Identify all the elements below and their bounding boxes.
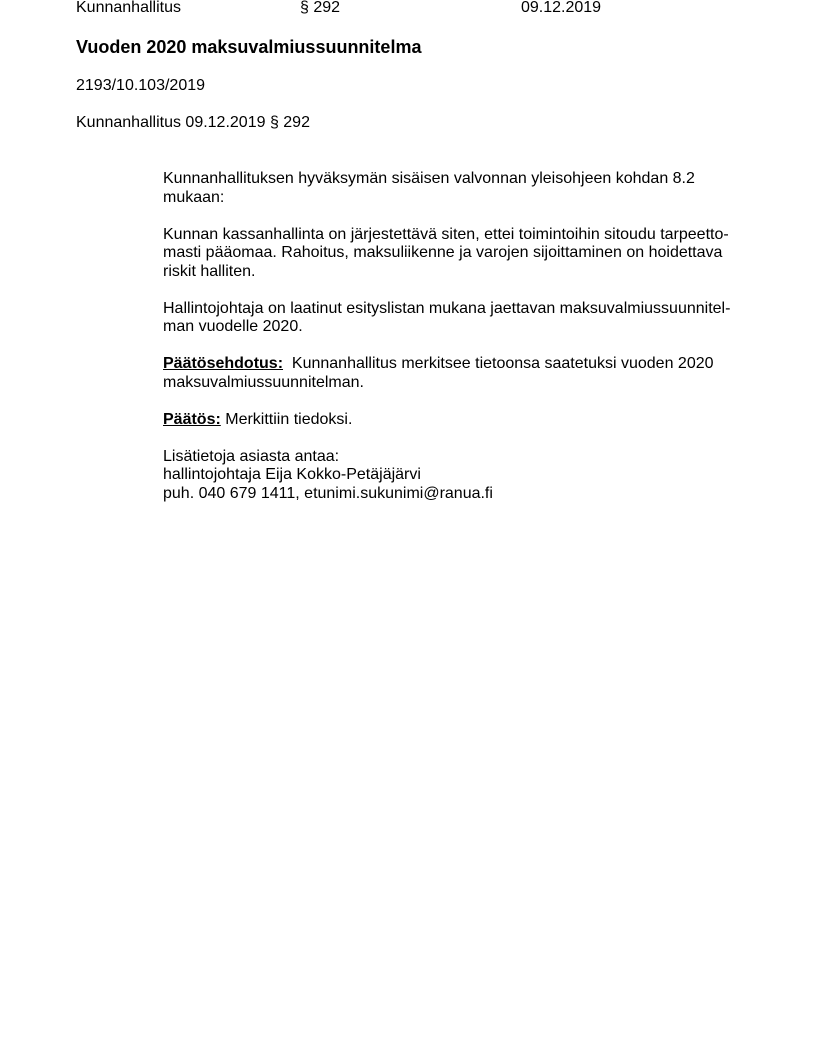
proposal-label: Päätösehdotus: [163, 355, 283, 372]
paragraph-proposal: Päätösehdotus: Kunnanhallitus merkitsee … [163, 355, 743, 392]
text-line: man vuodelle 2020. [163, 318, 743, 337]
text-line: Kunnan kassanhallinta on järjestettävä s… [163, 226, 743, 245]
text-line: Kunnanhallituksen hyväksymän sisäisen va… [163, 170, 743, 189]
header-section-number: § 292 [300, 0, 340, 18]
text-line: masti pääomaa. Rahoitus, maksuliikenne j… [163, 244, 743, 263]
document-number: 2193/10.103/2019 [76, 76, 205, 96]
header-date: 09.12.2019 [521, 0, 601, 18]
text-line: riskit halliten. [163, 263, 743, 282]
paragraph-intro: Kunnanhallituksen hyväksymän sisäisen va… [163, 170, 743, 207]
paragraph-prepared: Hallintojohtaja on laatinut esityslistan… [163, 300, 743, 337]
text-line: Päätös: Merkittiin tiedoksi. [163, 411, 743, 430]
contact-details: puh. 040 679 1411, etunimi.sukunimi@ranu… [163, 485, 743, 504]
proposal-text: Kunnanhallitus merkitsee tietoonsa saate… [292, 355, 714, 372]
document-body: Kunnanhallituksen hyväksymän sisäisen va… [163, 170, 743, 522]
paragraph-rule: Kunnan kassanhallinta on järjestettävä s… [163, 226, 743, 282]
contact-person: hallintojohtaja Eija Kokko-Petäjäjärvi [163, 466, 743, 485]
text-line: Hallintojohtaja on laatinut esityslistan… [163, 300, 743, 319]
page-header: Kunnanhallitus § 292 09.12.2019 [76, 0, 636, 18]
meeting-reference: Kunnanhallitus 09.12.2019 § 292 [76, 113, 310, 133]
decision-text: Merkittiin tiedoksi. [225, 411, 352, 428]
header-body-name: Kunnanhallitus [76, 0, 181, 18]
paragraph-contact: Lisätietoja asiasta antaa: hallintojohta… [163, 448, 743, 504]
text-line: maksuvalmiussuunnitelman. [163, 374, 743, 393]
document-title: Vuoden 2020 maksuvalmiussuunnitelma [76, 36, 421, 58]
contact-heading: Lisätietoja asiasta antaa: [163, 448, 743, 467]
decision-label: Päätös: [163, 411, 221, 428]
paragraph-decision: Päätös: Merkittiin tiedoksi. [163, 411, 743, 430]
text-line: Päätösehdotus: Kunnanhallitus merkitsee … [163, 355, 743, 374]
text-line: mukaan: [163, 189, 743, 208]
